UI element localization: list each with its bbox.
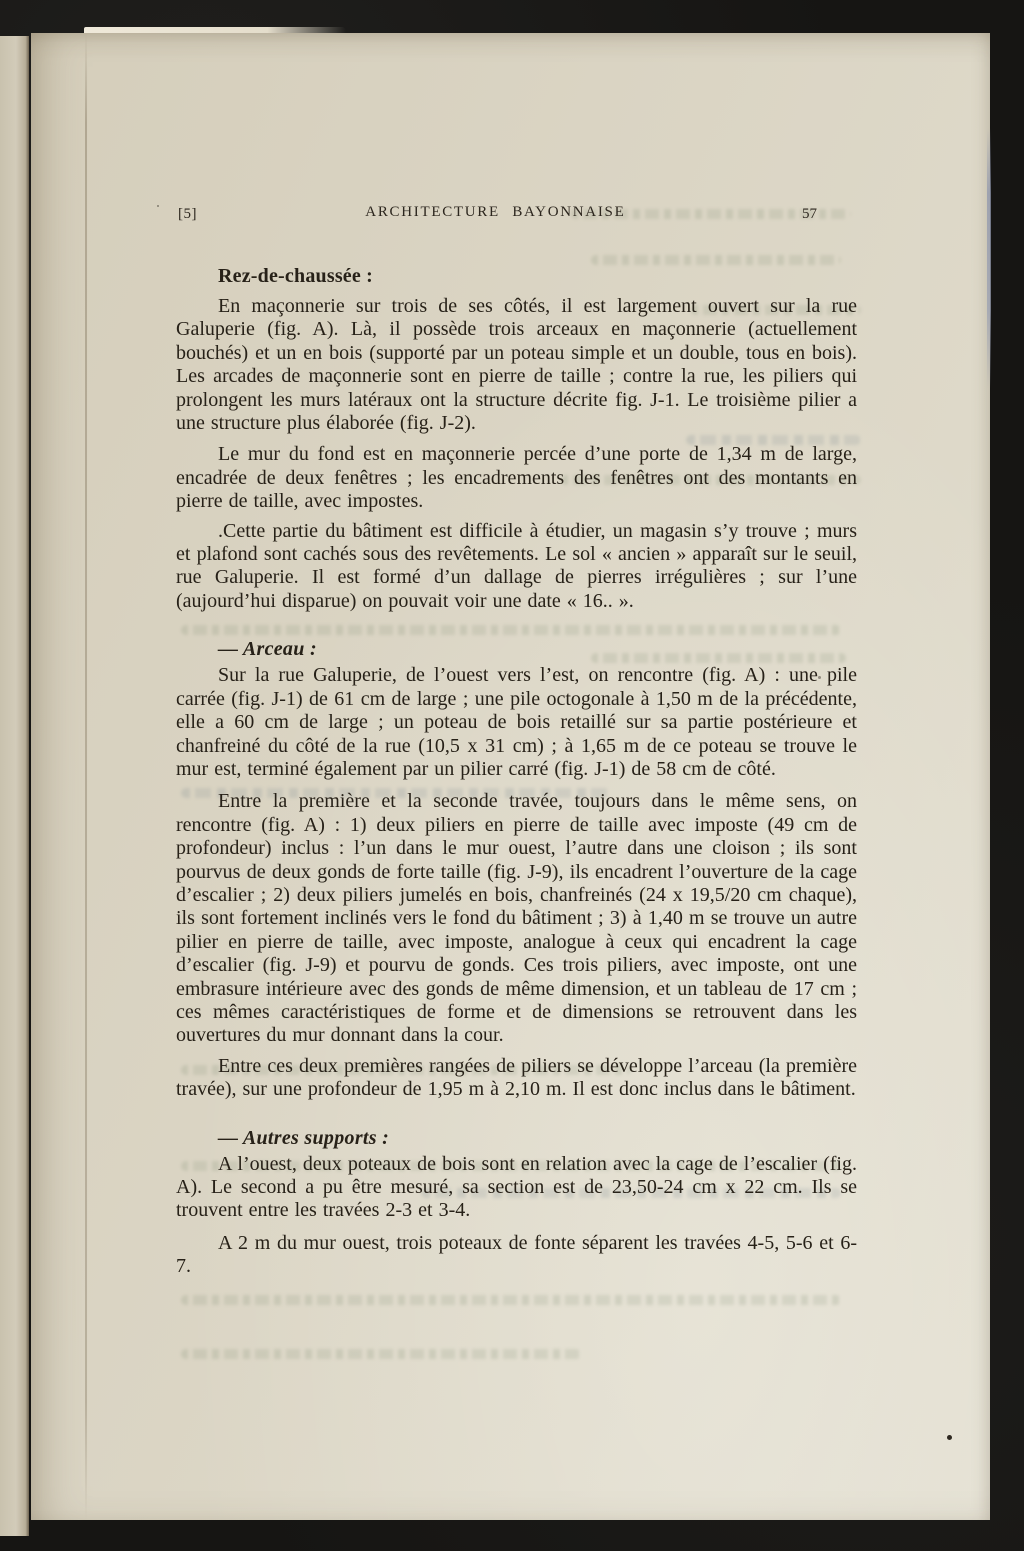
paragraph: Entre la première et la seconde travée, … <box>176 790 857 1047</box>
page-stack-edge <box>0 36 29 1536</box>
gutter-crease <box>85 33 87 1520</box>
page-number: 57 <box>802 206 817 223</box>
paragraph: Le mur du fond est en maçonnerie percée … <box>176 443 857 513</box>
section-heading: Rez-de-chaussée : <box>176 265 857 288</box>
paragraph: .Cette partie du bâtiment est difficile … <box>176 520 857 614</box>
running-header: [5] ARCHITECTURE BAYONNAISE 57 <box>176 204 857 228</box>
running-title: ARCHITECTURE BAYONNAISE <box>365 204 625 221</box>
paragraph: A l’ouest, deux poteaux de bois sont en … <box>176 1153 857 1223</box>
folio-marker: [5] <box>178 206 197 223</box>
scan-background: [5] ARCHITECTURE BAYONNAISE 57 Rez-de-ch… <box>0 0 1024 1551</box>
paragraph: En maçonnerie sur trois de ses côtés, il… <box>176 295 857 435</box>
paragraph: Sur la rue Galuperie, de l’ouest vers l’… <box>176 664 857 781</box>
book-page: [5] ARCHITECTURE BAYONNAISE 57 Rez-de-ch… <box>31 33 990 1520</box>
subsection-heading: — Arceau : <box>176 637 857 661</box>
next-page-edge <box>987 128 991 388</box>
paragraph: A 2 m du mur ouest, trois poteaux de fon… <box>176 1232 857 1279</box>
paper-speck <box>157 205 159 207</box>
paper-speck <box>947 1435 952 1440</box>
subsection-heading: — Autres supports : <box>176 1126 857 1150</box>
paragraph: Entre ces deux premières rangées de pili… <box>176 1055 857 1102</box>
text-column: [5] ARCHITECTURE BAYONNAISE 57 Rez-de-ch… <box>176 33 857 1279</box>
